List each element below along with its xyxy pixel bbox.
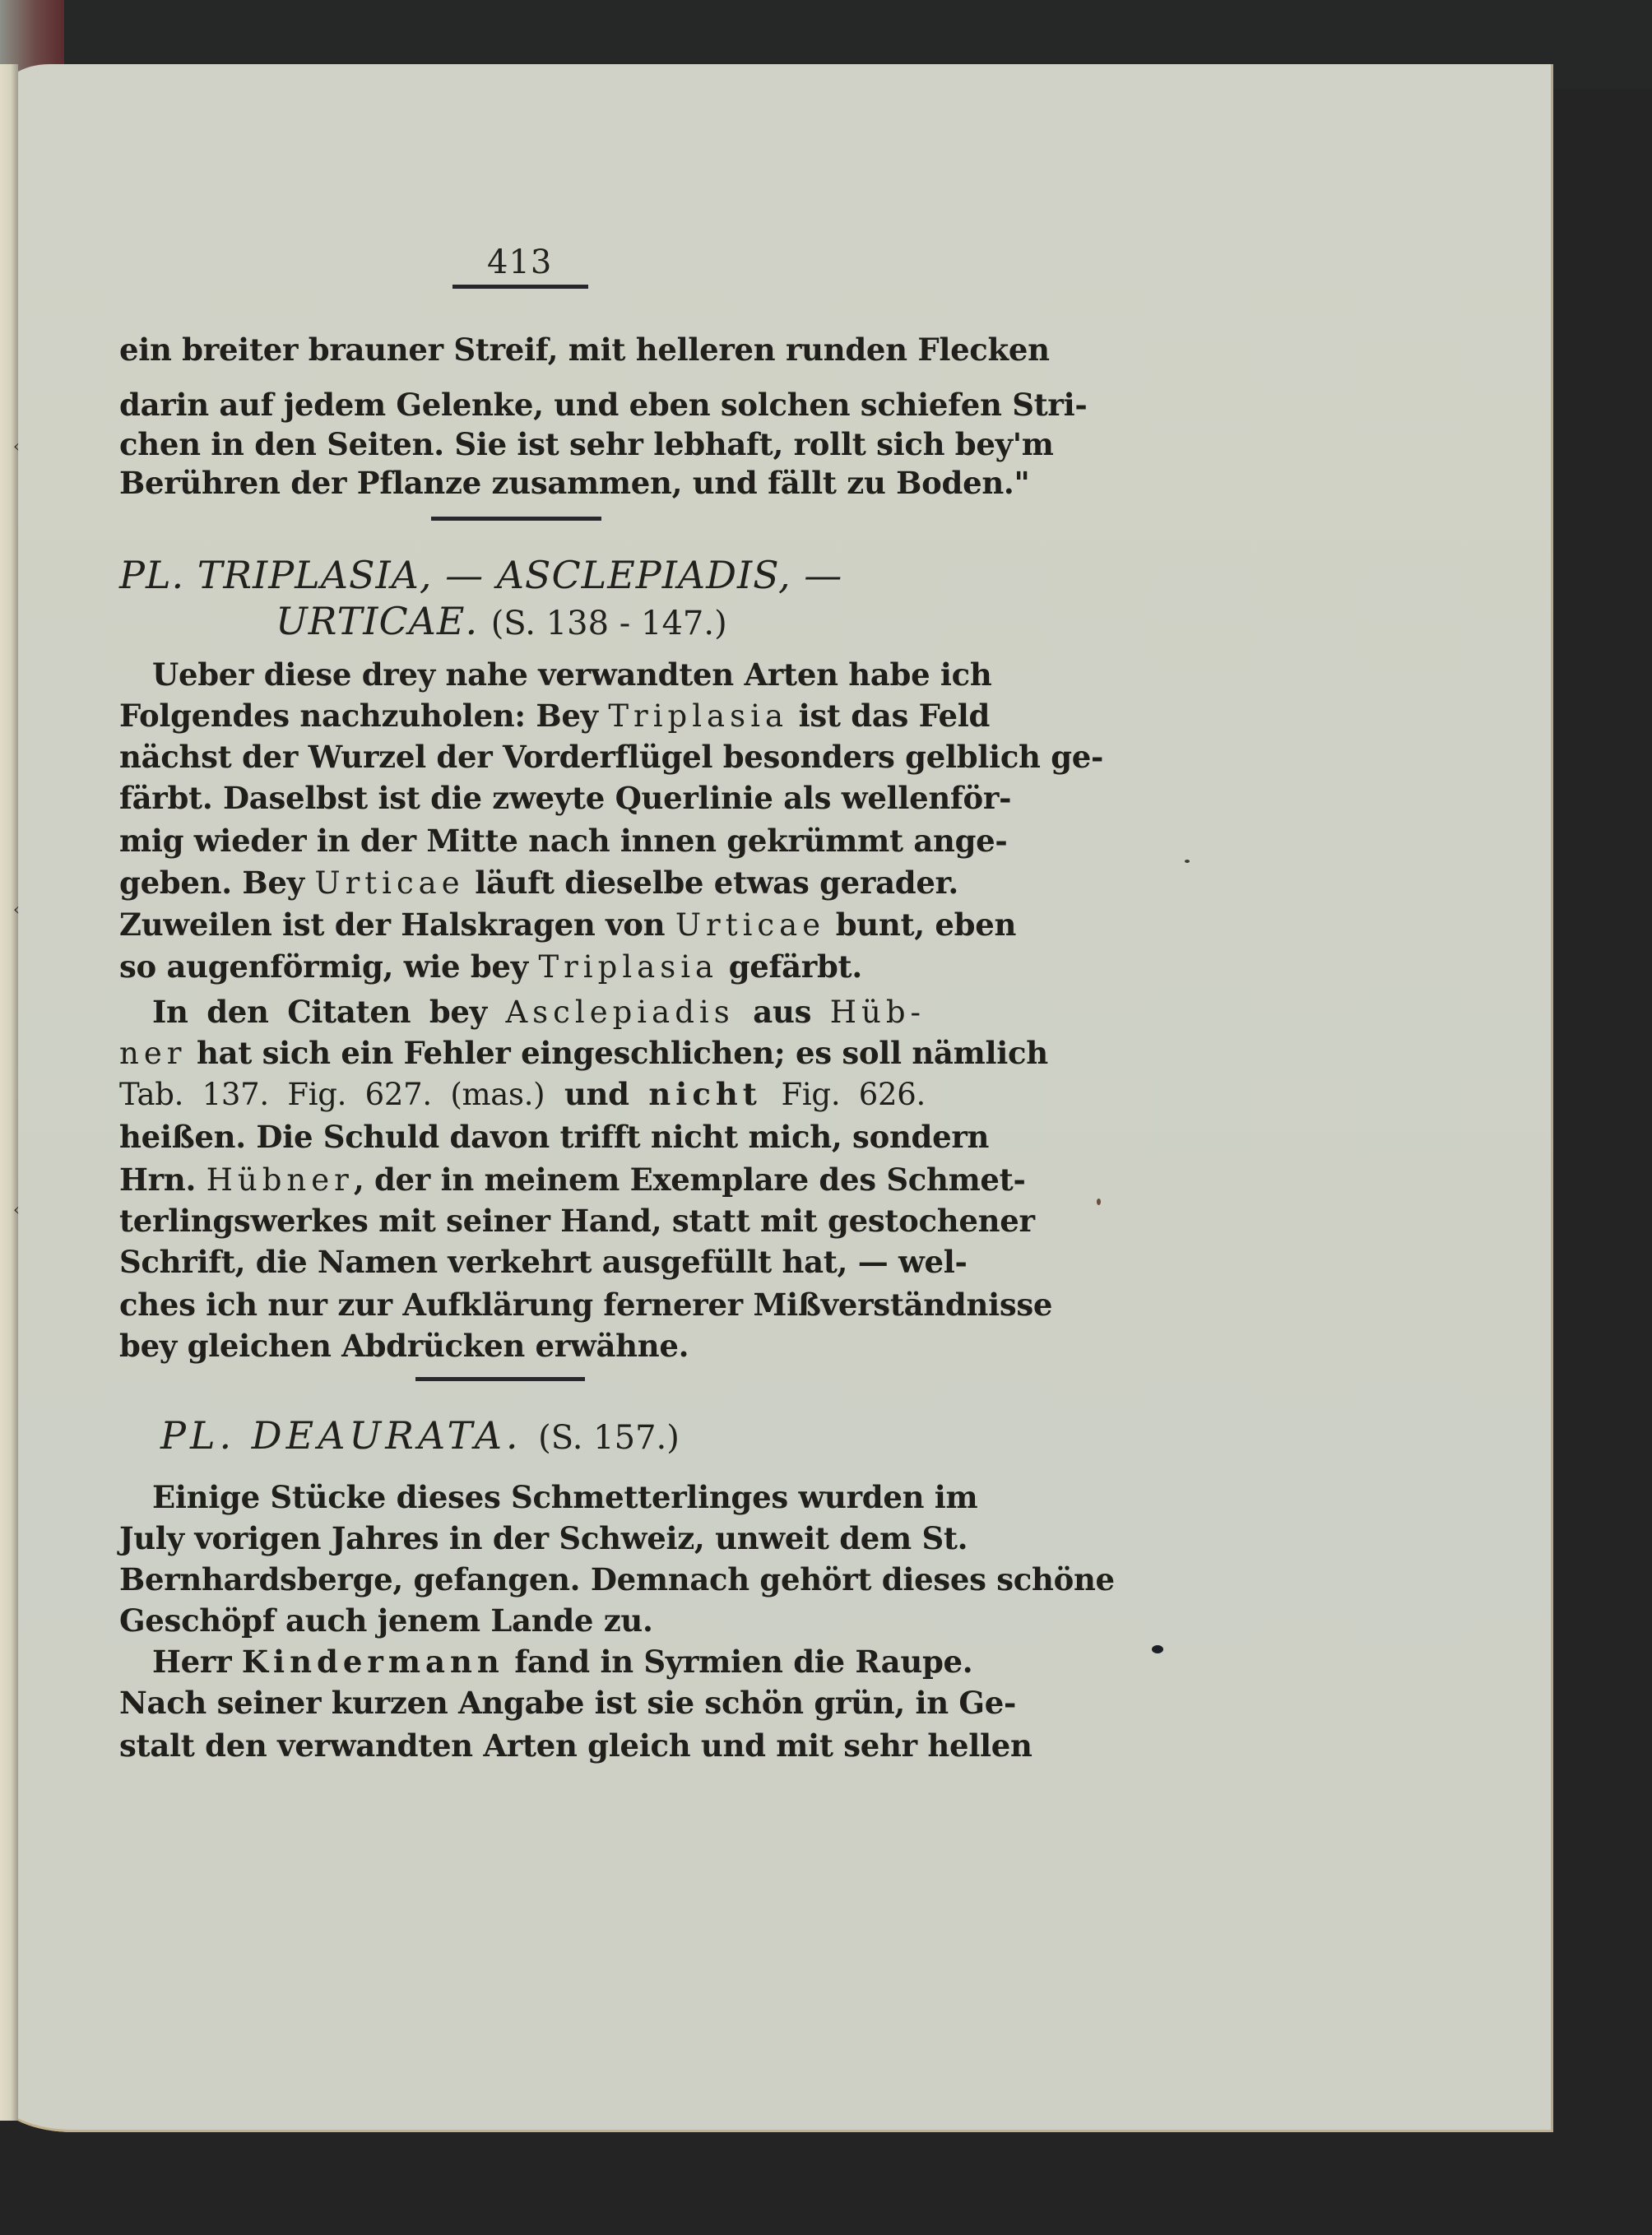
section-heading-species: URTICAE. [276, 599, 478, 643]
header-rule [452, 285, 588, 289]
text-line: ein breiter brauner Streif, mit helleren… [119, 325, 926, 374]
section-heading: PL. DEAURATA. (S. 157.) [160, 1413, 680, 1458]
plate-reference: Fig. 626. [782, 1077, 926, 1112]
text-line: so augenförmig, wie bey Triplasia gefärb… [119, 942, 926, 991]
section-heading: PL. TRIPLASIA, — ASCLEPIADIS, — [119, 553, 842, 597]
emphasis: nicht [648, 1076, 761, 1112]
paper-blemish [1152, 1645, 1163, 1653]
species-name: Triplasia [608, 698, 788, 734]
author-name: Hüb- [830, 995, 926, 1030]
page-number: 413 [487, 243, 552, 281]
text-line: Nach seiner kurzen Angabe ist sie schön … [119, 1678, 926, 1727]
section-heading-species: PL. TRIPLASIA, — ASCLEPIADIS, — [119, 553, 842, 597]
author-name: Hübner [206, 1162, 354, 1198]
person-name: Kindermann [242, 1644, 504, 1680]
gutter-mark: ‹ [13, 1199, 20, 1219]
section-divider [415, 1377, 585, 1381]
text-line: färbt. Daselbst ist die zweyte Querlinie… [119, 773, 926, 823]
text-line: Schrift, die Namen verkehrt ausgefüllt h… [119, 1237, 926, 1287]
paper-blemish [1185, 860, 1190, 863]
species-name: Urticae [314, 865, 464, 901]
section-page-reference: (S. 157.) [538, 1419, 680, 1457]
gutter-mark: ‹ [13, 899, 20, 919]
text-line: heißen. Die Schuld davon trifft nicht mi… [119, 1112, 926, 1162]
text-line: Berühren der Pflanze zusammen, und fällt… [119, 458, 926, 508]
species-name: Triplasia [538, 949, 718, 985]
text-line: Tab. 137. Fig. 627. (mas.) und nicht Fig… [119, 1069, 926, 1119]
species-name: Urticae [675, 907, 825, 943]
section-divider [431, 517, 601, 521]
text-line: bey gleichen Abdrücken erwähne. [119, 1321, 926, 1370]
paper-blemish [1097, 1199, 1101, 1205]
section-heading-continued: URTICAE. (S. 138 - 147.) [276, 599, 727, 643]
author-name: ner [119, 1036, 186, 1071]
section-page-reference: (S. 138 - 147.) [491, 605, 727, 642]
section-heading-species: PL. DEAURATA. [160, 1413, 522, 1458]
species-name: Asclepiadis [505, 995, 734, 1030]
gutter-mark: ‹ [13, 436, 20, 456]
text-line: stalt den verwandten Arten gleich und mi… [119, 1721, 926, 1770]
page-gutter: ‹ ‹ ‹ [0, 64, 18, 2121]
plate-reference: Tab. 137. Fig. 627. (mas.) [119, 1077, 545, 1112]
